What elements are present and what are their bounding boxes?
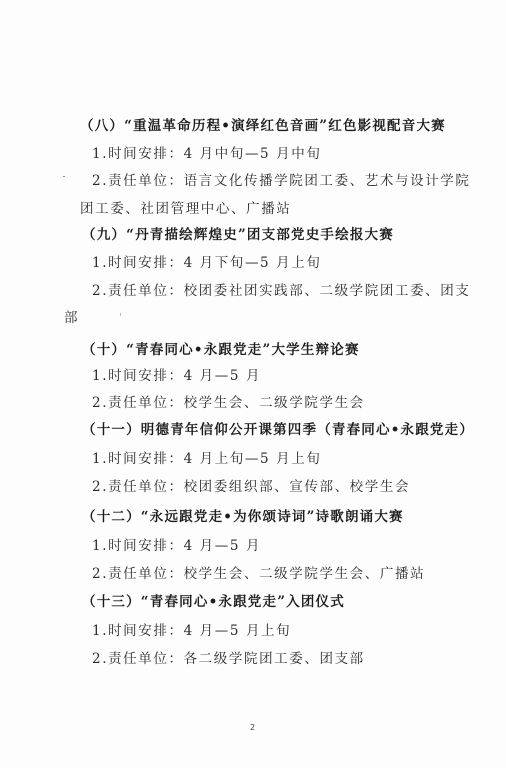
section-heading-9: （九）“丹青描绘辉煌史”团支部党史手绘报大赛: [82, 226, 394, 244]
section-heading-8: （八）“重温革命历程•演绎红色音画”红色影视配音大赛: [80, 117, 446, 135]
section-9-responsible: 2.责任单位：校团委社团实践部、二级学院团工委、团支: [92, 282, 470, 300]
section-heading-10: （十）“青春同心•永跟党走”大学生辩论赛: [82, 341, 360, 359]
section-9-time: 1.时间安排：4 月下旬—5 月上旬: [92, 254, 321, 272]
section-8-responsible: 2.责任单位：语言文化传播学院团工委、艺术与设计学院: [92, 172, 470, 190]
section-12-responsible: 2.责任单位：校学生会、二级学院学生会、广播站: [92, 565, 425, 583]
document-page: （八）“重温革命历程•演绎红色音画”红色影视配音大赛 1.时间安排：4 月中旬—…: [0, 0, 506, 768]
section-12-time: 1.时间安排：4 月—5 月: [92, 537, 261, 555]
section-11-responsible: 2.责任单位：校团委组织部、宣传部、校学生会: [92, 478, 410, 496]
section-10-responsible: 2.责任单位：校学生会、二级学院学生会: [92, 394, 365, 412]
section-heading-11: （十一）明德青年信仰公开课第四季（青春同心•永跟党走）: [82, 421, 474, 439]
section-heading-12: （十二）“永远跟党走•为你颂诗词”诗歌朗诵大赛: [82, 508, 404, 526]
section-13-responsible: 2.责任单位：各二级学院团工委、团支部: [92, 650, 365, 668]
section-heading-13: （十三）“青春同心•永跟党走”入团仪式: [82, 593, 345, 611]
page-number: 2: [250, 723, 255, 732]
scan-speck: [63, 176, 65, 177]
section-9-responsible-continued: 部: [64, 309, 79, 327]
section-8-time: 1.时间安排：4 月中旬—5 月中旬: [92, 145, 321, 163]
section-13-time: 1.时间安排：4 月—5 月上旬: [92, 622, 291, 640]
section-11-time: 1.时间安排：4 月上旬—5 月上旬: [92, 450, 321, 468]
scan-speck: [120, 313, 121, 316]
section-10-time: 1.时间安排：4 月—5 月: [92, 367, 261, 385]
section-8-responsible-continued: 团工委、社团管理中心、广播站: [80, 200, 291, 218]
